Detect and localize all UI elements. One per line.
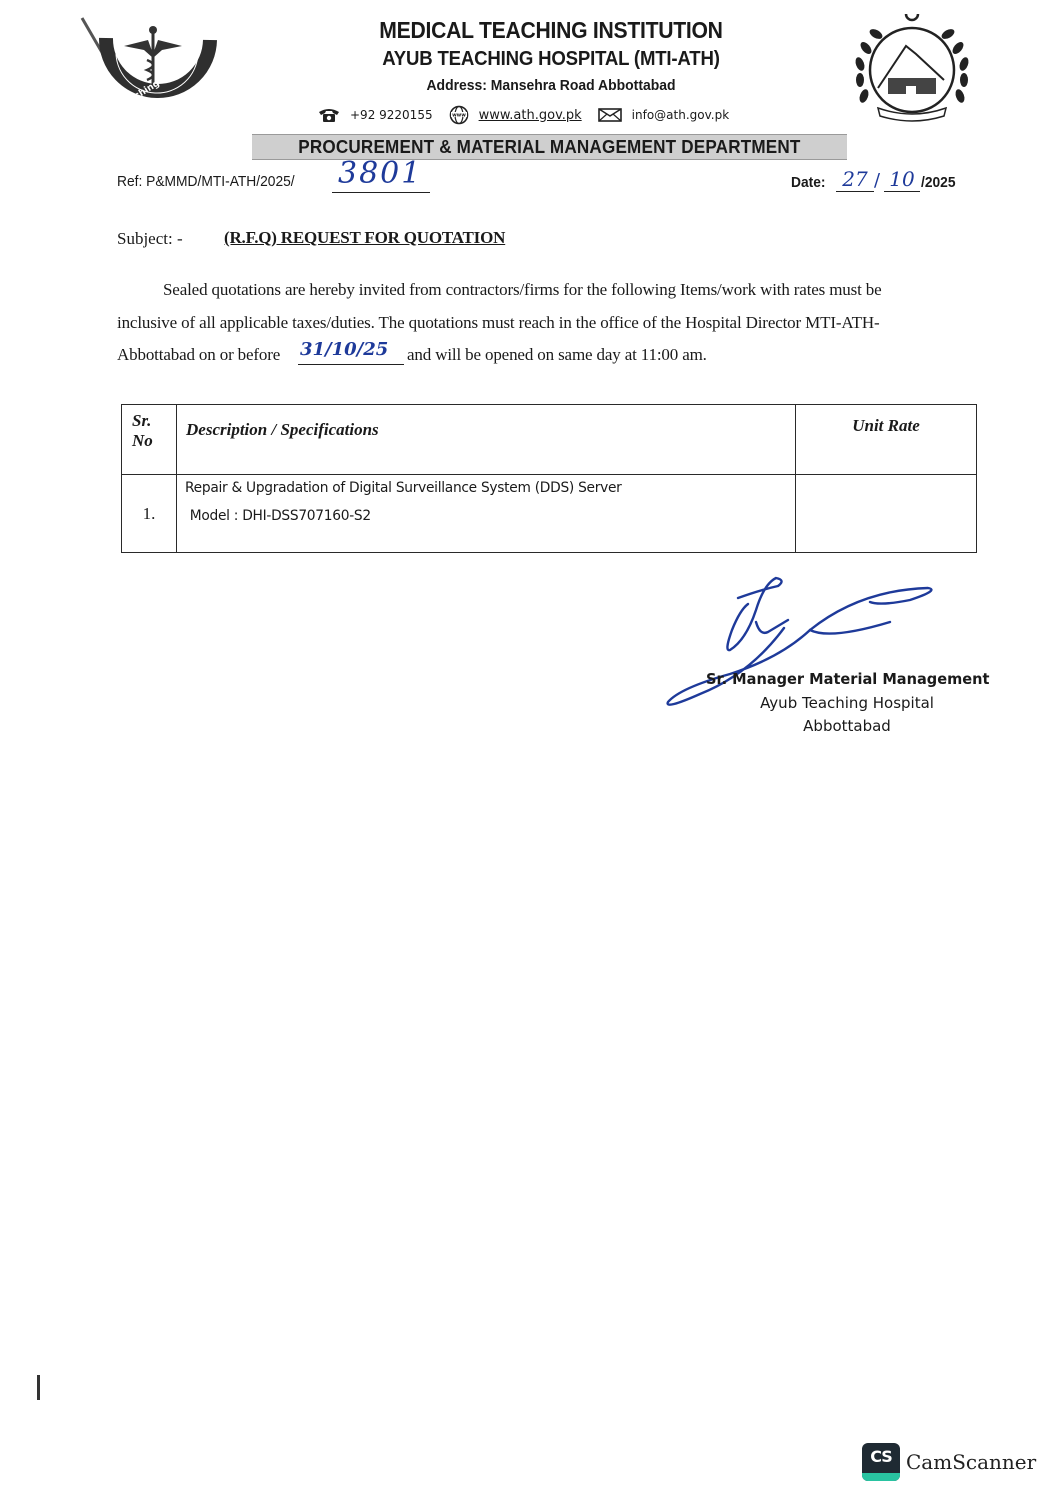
scan-artifact-mark: [37, 1375, 40, 1400]
table-header-row: Sr. No Description / Specifications Unit…: [122, 405, 977, 475]
camscanner-watermark: CS CamScanner: [862, 1443, 1036, 1481]
quotation-items-table: Sr. No Description / Specifications Unit…: [121, 404, 977, 553]
table-row: 1. Repair & Upgradation of Digital Surve…: [122, 475, 977, 553]
body-line-3-suffix: and will be opened on same day at 11:00 …: [407, 345, 707, 365]
reference-label: Ref: P&MMD/MTI-ATH/2025/: [117, 173, 295, 190]
subject-text: (R.F.Q) REQUEST FOR QUOTATION: [224, 228, 505, 248]
svg-text:www: www: [452, 112, 466, 118]
body-line-3-prefix: Abbottabad on or before: [117, 345, 280, 365]
cell-unit-rate[interactable]: [796, 475, 977, 553]
signatory-organization: Ayub Teaching Hospital: [0, 694, 1058, 712]
reference-number: 3801: [332, 156, 430, 193]
globe-www-icon: www: [449, 105, 469, 125]
signatory-city: Abbottabad: [0, 717, 1058, 735]
submission-deadline: 31/10/25: [298, 336, 404, 365]
date-month: 10: [884, 167, 920, 192]
camscanner-logo-icon: CS: [862, 1443, 900, 1481]
date-year: /2025: [921, 174, 956, 191]
website-link[interactable]: www.ath.gov.pk: [479, 108, 582, 123]
body-line-2: inclusive of all applicable taxes/duties…: [117, 313, 979, 333]
signatory-title: Sr. Manager Material Management: [706, 670, 989, 688]
cell-description: Repair & Upgradation of Digital Surveill…: [177, 475, 796, 553]
date-label: Date:: [791, 174, 826, 191]
envelope-icon: [598, 108, 622, 122]
column-header-sr-no: Sr. No: [122, 405, 177, 475]
column-header-unit-rate: Unit Rate: [796, 405, 977, 475]
date-separator: /: [874, 170, 880, 191]
date-day: 27: [836, 167, 874, 192]
hospital-address: Address: Mansehra Road Abbottabad: [39, 77, 1058, 94]
camscanner-name: CamScanner: [906, 1450, 1036, 1474]
subject-label: Subject: -: [117, 229, 183, 249]
email-address[interactable]: info@ath.gov.pk: [632, 108, 730, 122]
phone-number: +92 9220155: [350, 108, 433, 122]
item-model: Model : DHI-DSS707160-S2: [185, 508, 765, 524]
contact-line: +92 9220155 www www.ath.gov.pk info@ath.…: [318, 103, 729, 127]
column-header-description: Description / Specifications: [177, 405, 796, 475]
department-name: PROCUREMENT & MATERIAL MANAGEMENT DEPART…: [298, 137, 800, 158]
cell-sr-no: 1.: [122, 475, 177, 553]
institution-title: MEDICAL TEACHING INSTITUTION: [44, 17, 1058, 44]
telephone-icon: [318, 107, 340, 123]
body-line-1: Sealed quotations are hereby invited fro…: [163, 280, 1025, 300]
item-description: Repair & Upgradation of Digital Surveill…: [185, 480, 765, 508]
hospital-name: AYUB TEACHING HOSPITAL (MTI-ATH): [39, 48, 1058, 71]
